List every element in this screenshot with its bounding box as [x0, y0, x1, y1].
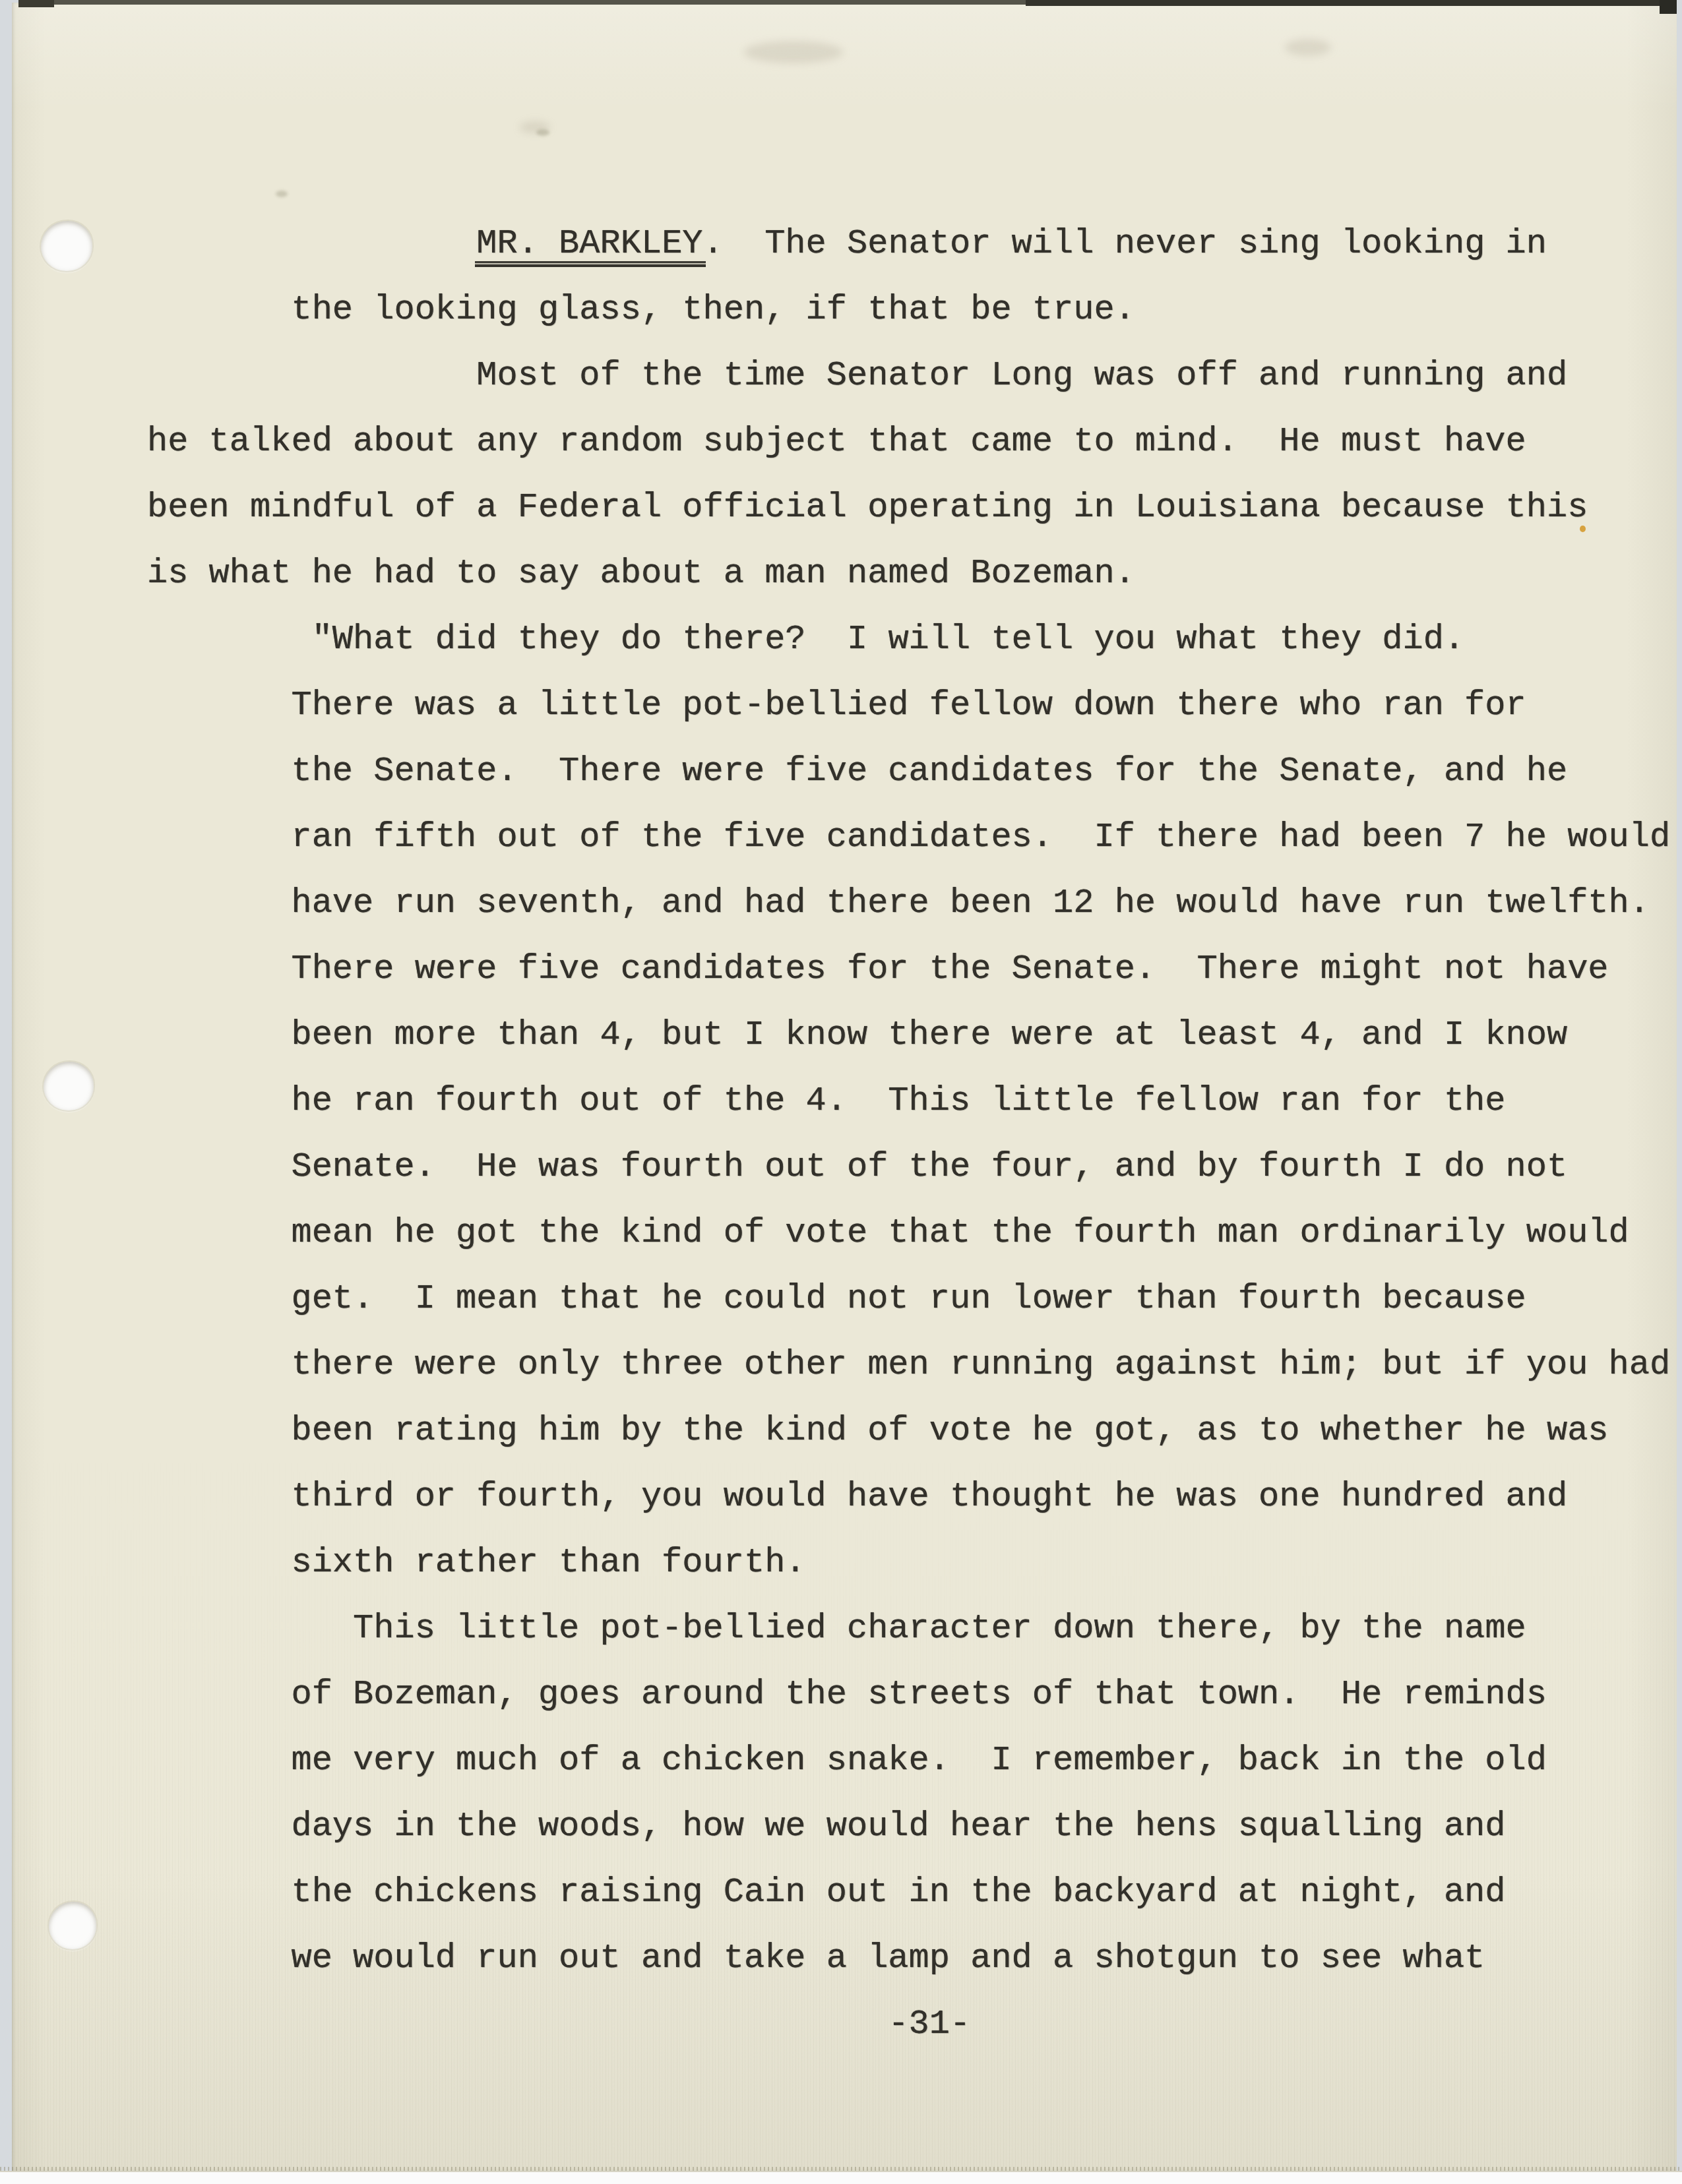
scanner-edge-line-dark: [1026, 0, 1677, 6]
typed-line: days in the woods, how we would hear the…: [147, 1794, 1658, 1860]
scan-smudge: [1285, 39, 1331, 56]
typed-line: sixth rather than fourth.: [147, 1530, 1658, 1596]
paper-dent: [536, 129, 549, 136]
punch-hole: [41, 221, 92, 271]
typed-line: been rating him by the kind of vote he g…: [147, 1398, 1658, 1464]
typed-line: get. I mean that he could not run lower …: [147, 1266, 1658, 1332]
typed-line: we would run out and take a lamp and a s…: [147, 1926, 1658, 1991]
typed-line: been mindful of a Federal official opera…: [147, 475, 1658, 541]
typed-line: There were five candidates for the Senat…: [147, 936, 1658, 1002]
speaker-underline: [475, 261, 706, 267]
typed-line: There was a little pot-bellied fellow do…: [147, 673, 1658, 739]
typed-line: is what he had to say about a man named …: [147, 541, 1658, 607]
paper-dent: [276, 191, 288, 197]
typed-line: me very much of a chicken snake. I remem…: [147, 1728, 1658, 1794]
punch-hole: [44, 1062, 94, 1110]
page-number: -31-: [147, 1991, 1658, 2057]
typed-text-block: MR. BARKLEY. The Senator will never sing…: [147, 211, 1658, 2057]
scanner-edge-mark: [1660, 0, 1677, 14]
typed-line: there were only three other men running …: [147, 1332, 1658, 1398]
typed-line: have run seventh, and had there been 12 …: [147, 870, 1658, 936]
scanner-bottom-gap: [0, 2171, 1682, 2184]
typed-line: "What did they do there? I will tell you…: [147, 607, 1658, 673]
typed-line: the chickens raising Cain out in the bac…: [147, 1860, 1658, 1926]
ink-speck: [1580, 526, 1586, 532]
typed-line: the looking glass, then, if that be true…: [147, 277, 1658, 343]
typed-line: the Senate. There were five candidates f…: [147, 739, 1658, 804]
scanned-document: MR. BARKLEY. The Senator will never sing…: [0, 0, 1682, 2184]
typed-line: third or fourth, you would have thought …: [147, 1464, 1658, 1530]
punch-hole: [49, 1902, 96, 1949]
typed-line: mean he got the kind of vote that the fo…: [147, 1200, 1658, 1266]
typed-line: ran fifth out of the five candidates. If…: [147, 804, 1658, 870]
speaker-name: MR. BARKLEY: [476, 224, 702, 263]
scanner-edge-mark: [18, 0, 54, 7]
typed-line: he ran fourth out of the 4. This little …: [147, 1068, 1658, 1134]
typed-line: he talked about any random subject that …: [147, 409, 1658, 475]
typed-line-text: . The Senator will never sing looking in: [703, 224, 1547, 263]
scan-smudge: [744, 41, 843, 63]
typed-line: This little pot-bellied character down t…: [147, 1596, 1658, 1662]
typed-line: Senate. He was fourth out of the four, a…: [147, 1134, 1658, 1200]
typed-line: Most of the time Senator Long was off an…: [147, 343, 1658, 409]
typed-line: of Bozeman, goes around the streets of t…: [147, 1662, 1658, 1728]
typed-line: MR. BARKLEY. The Senator will never sing…: [147, 211, 1658, 277]
typed-line: been more than 4, but I know there were …: [147, 1002, 1658, 1068]
